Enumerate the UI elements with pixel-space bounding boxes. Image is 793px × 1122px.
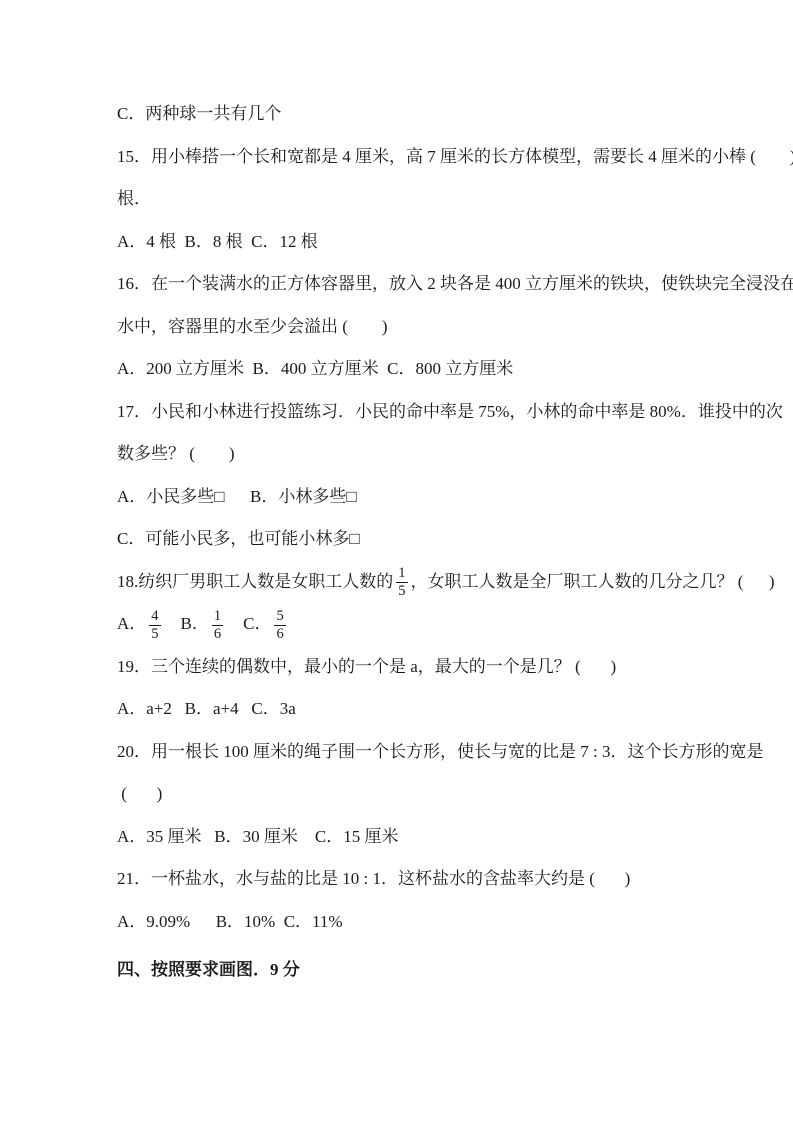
line-text: C．两种球一共有几个	[117, 104, 281, 123]
document-line: 19．三个连续的偶数中，最小的一个是 a，最大的一个是几？ ( )	[117, 646, 753, 689]
question-lines: C．两种球一共有几个15．用小棒搭一个长和宽都是 4 厘米，高 7 厘米的长方体…	[117, 93, 753, 943]
line-text: ，女职工人数是全厂职工人数的几分之几？ ( )	[411, 572, 775, 591]
line-text: C．	[226, 614, 271, 633]
line-text: 数多些？ ( )	[117, 444, 235, 463]
fraction-denominator: 5	[396, 582, 407, 600]
fraction-denominator: 5	[149, 625, 160, 643]
line-text: A．	[117, 614, 146, 633]
line-text: A．9.09% B．10% C．11%	[117, 912, 343, 931]
line-text: A．200 立方厘米 B．400 立方厘米 C．800 立方厘米	[117, 359, 513, 378]
document-line: A．35 厘米 B．30 厘米 C．15 厘米	[117, 816, 753, 859]
line-text: 20．用一根长 100 厘米的绳子围一个长方形，使长与宽的比是 7 : 3．这个…	[117, 742, 763, 761]
line-text: A．小民多些□ B．小林多些□	[117, 487, 357, 506]
fraction-denominator: 6	[212, 625, 223, 643]
fraction-numerator: 1	[396, 565, 407, 582]
document-line: 水中，容器里的水至少会溢出 ( )	[117, 306, 753, 349]
question-text-block: C．两种球一共有几个15．用小棒搭一个长和宽都是 4 厘米，高 7 厘米的长方体…	[117, 93, 753, 992]
document-line: C．两种球一共有几个	[117, 93, 753, 136]
fraction: 56	[274, 608, 285, 642]
document-line: A．9.09% B．10% C．11%	[117, 901, 753, 944]
document-line: A．a+2 B．a+4 C．3a	[117, 688, 753, 731]
fraction-numerator: 5	[274, 608, 285, 625]
line-text: 19．三个连续的偶数中，最小的一个是 a，最大的一个是几？ ( )	[117, 657, 616, 676]
line-text: A．a+2 B．a+4 C．3a	[117, 699, 296, 718]
fraction: 15	[396, 565, 407, 599]
fraction: 16	[212, 608, 223, 642]
document-line: A．小民多些□ B．小林多些□	[117, 476, 753, 519]
line-text: 18.纺织厂男职工人数是女职工人数的	[117, 572, 393, 591]
line-text: 根．	[117, 189, 151, 208]
document-page: C．两种球一共有几个15．用小棒搭一个长和宽都是 4 厘米，高 7 厘米的长方体…	[0, 0, 793, 1122]
document-line: 20．用一根长 100 厘米的绳子围一个长方形，使长与宽的比是 7 : 3．这个…	[117, 731, 753, 774]
document-line: 15．用小棒搭一个长和宽都是 4 厘米，高 7 厘米的长方体模型，需要长 4 厘…	[117, 136, 753, 179]
document-line: 18.纺织厂男职工人数是女职工人数的15，女职工人数是全厂职工人数的几分之几？ …	[117, 561, 753, 604]
line-text: 16．在一个装满水的正方体容器里，放入 2 块各是 400 立方厘米的铁块，使铁…	[117, 274, 793, 293]
fraction-numerator: 1	[212, 608, 223, 625]
line-text: A．35 厘米 B．30 厘米 C．15 厘米	[117, 827, 398, 846]
document-line: 数多些？ ( )	[117, 433, 753, 476]
line-text: 15．用小棒搭一个长和宽都是 4 厘米，高 7 厘米的长方体模型，需要长 4 厘…	[117, 147, 793, 166]
document-line: A．4 根 B．8 根 C．12 根	[117, 221, 753, 264]
line-text: 水中，容器里的水至少会溢出 ( )	[117, 317, 388, 336]
document-line: C．可能小民多，也可能小林多□	[117, 518, 753, 561]
document-line: 根．	[117, 178, 753, 221]
fraction: 45	[149, 608, 160, 642]
line-text: A．4 根 B．8 根 C．12 根	[117, 232, 318, 251]
line-text: 17．小民和小林进行投篮练习．小民的命中率是 75%，小林的命中率是 80%．谁…	[117, 402, 783, 421]
fraction-denominator: 6	[274, 625, 285, 643]
line-text: ( )	[117, 784, 162, 803]
document-line: ( )	[117, 773, 753, 816]
line-text: 21．一杯盐水，水与盐的比是 10 : 1．这杯盐水的含盐率大约是 ( )	[117, 869, 630, 888]
document-line: 17．小民和小林进行投篮练习．小民的命中率是 75%，小林的命中率是 80%．谁…	[117, 391, 753, 434]
document-line: A．45 B．16 C．56	[117, 603, 753, 646]
document-line: 21．一杯盐水，水与盐的比是 10 : 1．这杯盐水的含盐率大约是 ( )	[117, 858, 753, 901]
fraction-numerator: 4	[149, 608, 160, 625]
document-line: 16．在一个装满水的正方体容器里，放入 2 块各是 400 立方厘米的铁块，使铁…	[117, 263, 753, 306]
line-text: C．可能小民多，也可能小林多□	[117, 529, 360, 548]
document-line: A．200 立方厘米 B．400 立方厘米 C．800 立方厘米	[117, 348, 753, 391]
line-text: B．	[164, 614, 209, 633]
section-heading: 四、按照要求画图．9 分	[117, 949, 753, 992]
